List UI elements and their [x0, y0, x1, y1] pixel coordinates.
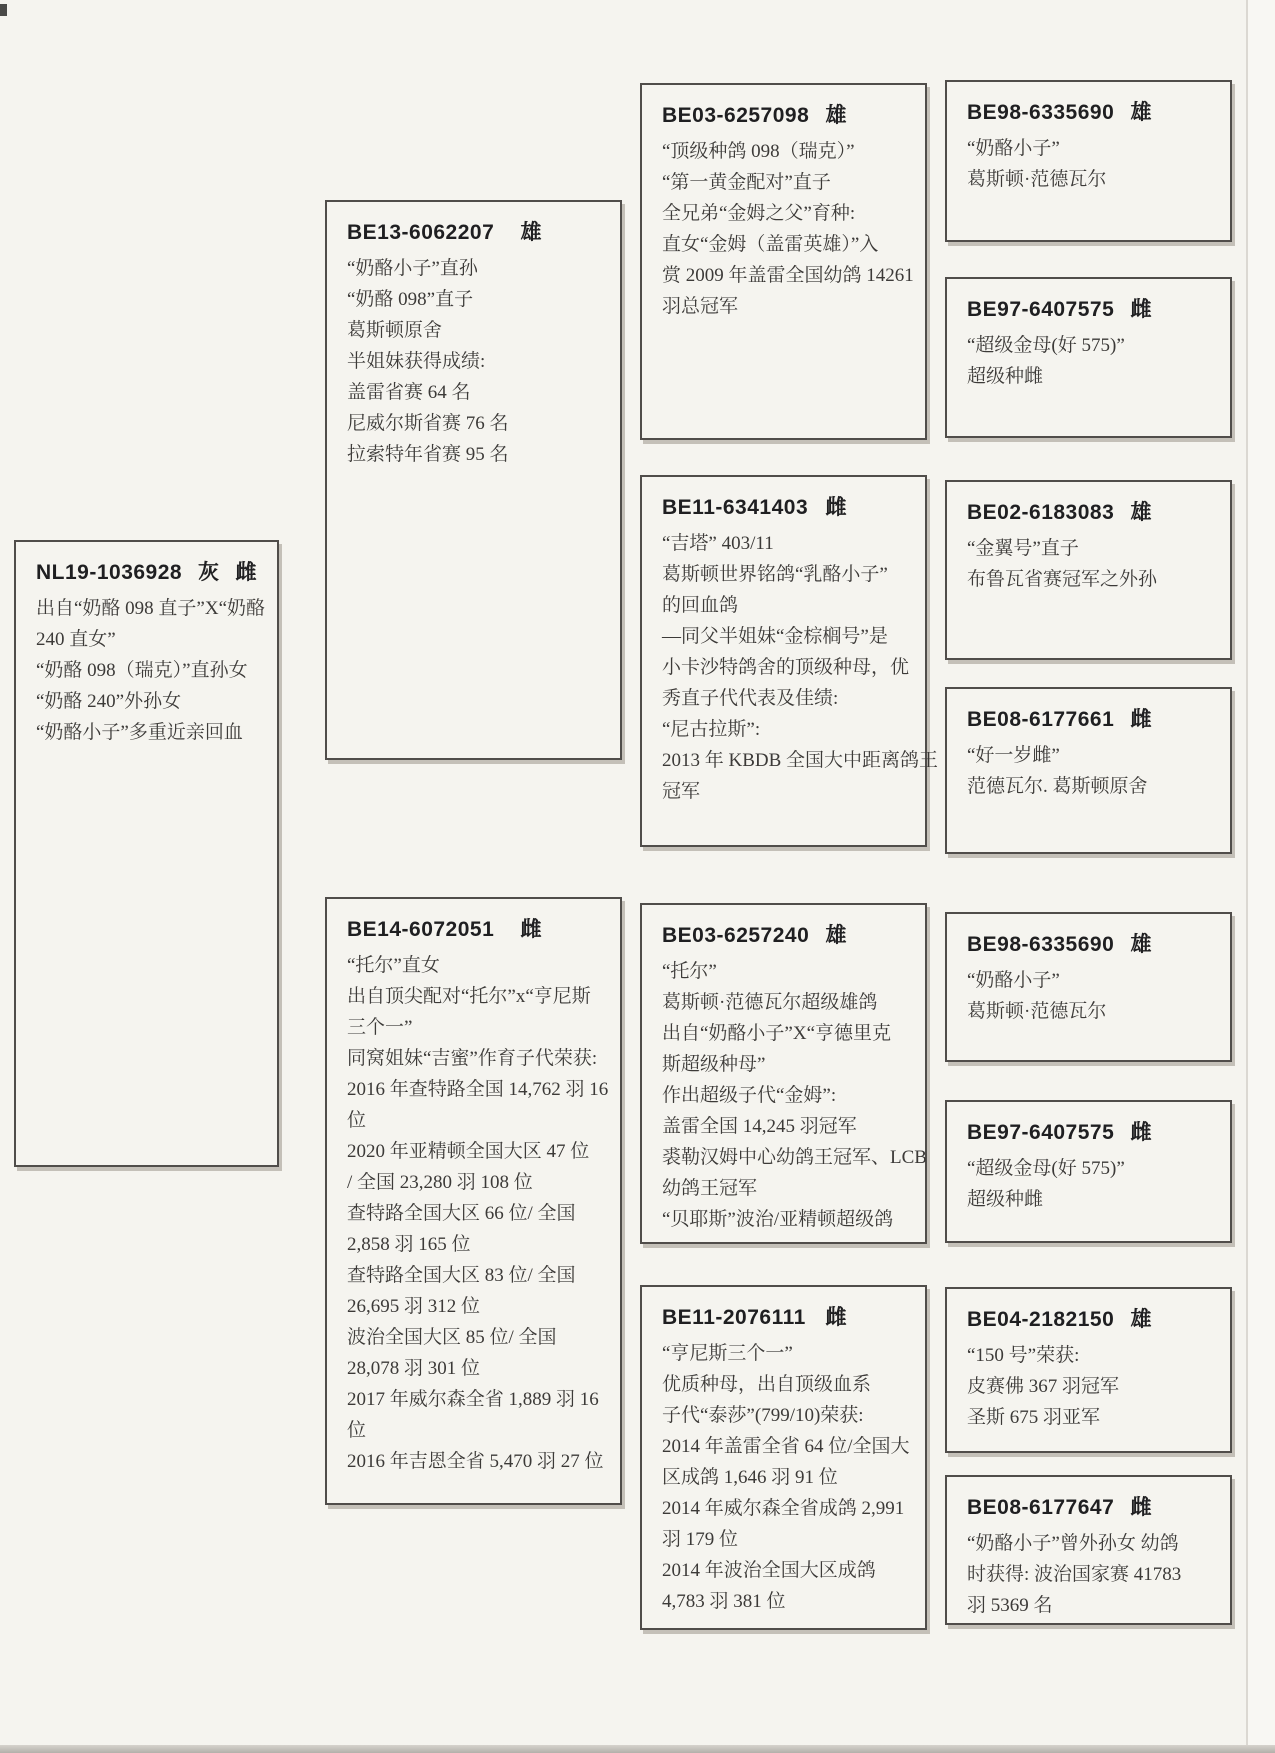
pedigree-box-subject: NL19-1036928 灰 雌 出自“奶酪 098 直子”X“奶酪240 直女…	[14, 540, 279, 1167]
pedigree-line: “第一黄金配对”直子	[662, 167, 911, 198]
pedigree-line: “奶酪小子”直孙	[347, 253, 606, 284]
scan-bottom-edge	[0, 1745, 1275, 1753]
sex-label: 雌	[521, 913, 543, 943]
box-lines: “金翼号”直子布鲁瓦省赛冠军之外孙	[967, 533, 1216, 595]
pedigree-line: 半姐妹获得成绩:	[347, 346, 606, 377]
pedigree-line: “亨尼斯三个一”	[662, 1338, 911, 1369]
pedigree-line: “吉塔” 403/11	[662, 528, 911, 559]
pedigree-line: 范德瓦尔. 葛斯顿原舍	[967, 771, 1216, 802]
pedigree-line: 2017 年威尔森全省 1,889 羽 16	[347, 1384, 606, 1415]
box-title: BE11-6341403 雌	[662, 491, 911, 521]
pedigree-line: 圣斯 675 羽亚军	[967, 1402, 1216, 1433]
pedigree-line: 2016 年查特路全国 14,762 羽 16	[347, 1074, 606, 1105]
pedigree-line: 小卡沙特鸽舍的顶级种母，优	[662, 652, 911, 683]
pedigree-line: 2016 年吉恩全省 5,470 羽 27 位	[347, 1446, 606, 1477]
pedigree-line: 裘勒汉姆中心幼鸽王冠军、LCB	[662, 1142, 911, 1173]
pedigree-box-dam: BE14-6072051 雌 “托尔”直女出自顶尖配对“托尔”x“亨尼斯三个一”…	[325, 897, 622, 1505]
pedigree-line: 斯超级种母”	[662, 1049, 911, 1080]
pedigree-line: 尼威尔斯省赛 76 名	[347, 408, 606, 439]
ring-number: BE02-6183083	[967, 501, 1114, 525]
pedigree-line: 幼鸽王冠军	[662, 1173, 911, 1204]
pedigree-line: “奶酪小子”多重近亲回血	[36, 717, 263, 748]
pedigree-line: 出自“奶酪小子”X“亨德里克	[662, 1018, 911, 1049]
pedigree-line: 全兄弟“金姆之父”育种:	[662, 198, 911, 229]
box-lines: “吉塔” 403/11葛斯顿世界铭鸽“乳酪小子”的回血鸽—同父半姐妹“金棕榈号”…	[662, 528, 911, 807]
box-lines: “150 号”荣获:皮赛佛 367 羽冠军圣斯 675 羽亚军	[967, 1340, 1216, 1433]
sex-label: 雌	[826, 491, 848, 521]
pedigree-line: / 全国 23,280 羽 108 位	[347, 1167, 606, 1198]
pedigree-box-dam-dam: BE11-2076111 雌 “亨尼斯三个一”优质种母，出自顶级血系子代“泰莎”…	[640, 1285, 927, 1630]
pedigree-line: 26,695 羽 312 位	[347, 1291, 606, 1322]
sex-label: 雌	[1131, 1116, 1153, 1146]
pedigree-line: “奶酪 098”直子	[347, 284, 606, 315]
pedigree-line: 2,858 羽 165 位	[347, 1229, 606, 1260]
pedigree-line: 子代“泰莎”(799/10)荣获:	[662, 1400, 911, 1431]
box-lines: “超级金母(好 575)”超级种雌	[967, 330, 1216, 392]
pedigree-line: 超级种雌	[967, 1184, 1216, 1215]
pedigree-box-sire-dam-sire: BE02-6183083 雄 “金翼号”直子布鲁瓦省赛冠军之外孙	[945, 480, 1232, 660]
sex-label: 雌	[1131, 293, 1153, 323]
pedigree-line: 位	[347, 1105, 606, 1136]
sex-label: 雌	[235, 556, 257, 586]
pedigree-line: 2020 年亚精顿全国大区 47 位	[347, 1136, 606, 1167]
sex-label: 雌	[1131, 703, 1153, 733]
color-label: 灰	[198, 556, 220, 586]
paper-right-margin	[1248, 0, 1275, 1753]
pedigree-line: 葛斯顿·范德瓦尔超级雄鸽	[662, 987, 911, 1018]
pedigree-line: “托尔”直女	[347, 950, 606, 981]
pedigree-line: 位	[347, 1415, 606, 1446]
pedigree-line: 240 直女”	[36, 624, 263, 655]
ring-number: BE11-6341403	[662, 496, 808, 520]
ring-number: BE04-2182150	[967, 1308, 1114, 1332]
box-lines: “奶酪小子”直孙“奶酪 098”直子葛斯顿原舍半姐妹获得成绩:盖雷省赛 64 名…	[347, 253, 606, 470]
ring-number: BE97-6407575	[967, 1121, 1114, 1145]
pedigree-page: NL19-1036928 灰 雌 出自“奶酪 098 直子”X“奶酪240 直女…	[0, 0, 1275, 1753]
box-lines: “好一岁雌”范德瓦尔. 葛斯顿原舍	[967, 740, 1216, 802]
box-lines: “奶酪小子”葛斯顿·范德瓦尔	[967, 133, 1216, 195]
ring-number: BE14-6072051	[347, 918, 494, 942]
pedigree-line: 葛斯顿·范德瓦尔	[967, 996, 1216, 1027]
box-lines: “亨尼斯三个一”优质种母，出自顶级血系子代“泰莎”(799/10)荣获:2014…	[662, 1338, 911, 1617]
pedigree-line: “尼古拉斯”:	[662, 714, 911, 745]
pedigree-line: “贝耶斯”波治/亚精顿超级鸽	[662, 1204, 911, 1235]
pedigree-line: 超级种雌	[967, 361, 1216, 392]
box-title: NL19-1036928 灰 雌	[36, 556, 263, 586]
pedigree-line: 的回血鸽	[662, 590, 911, 621]
pedigree-line: 2014 年威尔森全省成鸽 2,991	[662, 1493, 911, 1524]
pedigree-line: 羽 5369 名	[967, 1590, 1216, 1621]
box-title: BE97-6407575 雌	[967, 293, 1216, 323]
ring-number: BE13-6062207	[347, 221, 494, 245]
pedigree-line: 盖雷省赛 64 名	[347, 377, 606, 408]
pedigree-line: 4,783 羽 381 位	[662, 1586, 911, 1617]
sex-label: 雄	[1131, 928, 1153, 958]
pedigree-box-dam-sire: BE03-6257240 雄 “托尔”葛斯顿·范德瓦尔超级雄鸽出自“奶酪小子”X…	[640, 903, 927, 1244]
pedigree-line: 冠军	[662, 776, 911, 807]
pedigree-line: 区成鸽 1,646 羽 91 位	[662, 1462, 911, 1493]
pedigree-box-sire-sire-dam: BE97-6407575 雌 “超级金母(好 575)”超级种雌	[945, 277, 1232, 438]
pedigree-line: 葛斯顿·范德瓦尔	[967, 164, 1216, 195]
box-lines: “顶级种鸽 098（瑞克）”“第一黄金配对”直子全兄弟“金姆之父”育种:直女“金…	[662, 136, 911, 322]
pedigree-line: 波治全国大区 85 位/ 全国	[347, 1322, 606, 1353]
pedigree-line: 时获得: 波治国家赛 41783	[967, 1559, 1216, 1590]
pedigree-box-dam-dam-dam: BE08-6177647 雌 “奶酪小子”曾外孙女 幼鸽时获得: 波治国家赛 4…	[945, 1475, 1232, 1625]
ring-number: BE03-6257098	[662, 104, 809, 128]
ring-number: BE98-6335690	[967, 101, 1114, 125]
pedigree-line: “奶酪小子”	[967, 965, 1216, 996]
ring-number: BE11-2076111	[662, 1306, 806, 1330]
pedigree-line: 三个一”	[347, 1012, 606, 1043]
sex-label: 雌	[826, 1301, 848, 1331]
pedigree-line: 葛斯顿原舍	[347, 315, 606, 346]
pedigree-line: “奶酪小子”曾外孙女 幼鸽	[967, 1528, 1216, 1559]
pedigree-line: 羽 179 位	[662, 1524, 911, 1555]
pedigree-line: 作出超级子代“金姆”:	[662, 1080, 911, 1111]
box-title: BE98-6335690 雄	[967, 96, 1216, 126]
box-title: BE02-6183083 雄	[967, 496, 1216, 526]
pedigree-line: “超级金母(好 575)”	[967, 330, 1216, 361]
pedigree-line: “奶酪小子”	[967, 133, 1216, 164]
ring-number: NL19-1036928	[36, 561, 182, 585]
box-lines: “托尔”直女出自顶尖配对“托尔”x“亨尼斯三个一”同窝姐妹“吉蜜”作育子代荣获:…	[347, 950, 606, 1477]
pedigree-line: 盖雷全国 14,245 羽冠军	[662, 1111, 911, 1142]
box-title: BE08-6177661 雌	[967, 703, 1216, 733]
box-title: BE97-6407575 雌	[967, 1116, 1216, 1146]
pedigree-line: “奶酪 098（瑞克）”直孙女	[36, 655, 263, 686]
pedigree-line: “顶级种鸽 098（瑞克）”	[662, 136, 911, 167]
ring-number: BE97-6407575	[967, 298, 1114, 322]
sex-label: 雄	[826, 99, 848, 129]
pedigree-line: 出自顶尖配对“托尔”x“亨尼斯	[347, 981, 606, 1012]
box-title: BE03-6257240 雄	[662, 919, 911, 949]
pedigree-line: 优质种母，出自顶级血系	[662, 1369, 911, 1400]
ring-number: BE08-6177647	[967, 1496, 1114, 1520]
sex-label: 雄	[1131, 96, 1153, 126]
box-title: BE08-6177647 雌	[967, 1491, 1216, 1521]
pedigree-line: 2014 年波治全国大区成鸽	[662, 1555, 911, 1586]
pedigree-line: 2013 年 KBDB 全国大中距离鸽王	[662, 745, 911, 776]
ring-number: BE03-6257240	[662, 924, 809, 948]
box-lines: “超级金母(好 575)”超级种雌	[967, 1153, 1216, 1215]
box-title: BE98-6335690 雄	[967, 928, 1216, 958]
pedigree-line: 2014 年盖雷全省 64 位/全国大	[662, 1431, 911, 1462]
sex-label: 雄	[1131, 496, 1153, 526]
box-title: BE14-6072051 雌	[347, 913, 606, 943]
sex-label: 雄	[1131, 1303, 1153, 1333]
pedigree-line: 出自“奶酪 098 直子”X“奶酪	[36, 593, 263, 624]
pedigree-line: 拉索特年省赛 95 名	[347, 439, 606, 470]
pedigree-line: 查特路全国大区 83 位/ 全国	[347, 1260, 606, 1291]
pedigree-line: 同窝姐妹“吉蜜”作育子代荣获:	[347, 1043, 606, 1074]
paper-edge-line	[1246, 0, 1248, 1753]
pedigree-box-sire-sire-sire: BE98-6335690 雄 “奶酪小子”葛斯顿·范德瓦尔	[945, 80, 1232, 242]
pedigree-line: “150 号”荣获:	[967, 1340, 1216, 1371]
pedigree-box-dam-dam-sire: BE04-2182150 雄 “150 号”荣获:皮赛佛 367 羽冠军圣斯 6…	[945, 1287, 1232, 1453]
pedigree-line: “奶酪 240”外孙女	[36, 686, 263, 717]
pedigree-line: “超级金母(好 575)”	[967, 1153, 1216, 1184]
box-lines: “托尔”葛斯顿·范德瓦尔超级雄鸽出自“奶酪小子”X“亨德里克斯超级种母”作出超级…	[662, 956, 911, 1235]
ring-number: BE98-6335690	[967, 933, 1114, 957]
sex-label: 雄	[521, 216, 543, 246]
pedigree-box-sire-dam-dam: BE08-6177661 雌 “好一岁雌”范德瓦尔. 葛斯顿原舍	[945, 687, 1232, 854]
box-title: BE13-6062207 雄	[347, 216, 606, 246]
pedigree-box-dam-sire-dam: BE97-6407575 雌 “超级金母(好 575)”超级种雌	[945, 1100, 1232, 1243]
pedigree-line: “托尔”	[662, 956, 911, 987]
pedigree-line: “金翼号”直子	[967, 533, 1216, 564]
pedigree-line: 直女“金姆（盖雷英雄）”入	[662, 229, 911, 260]
pedigree-box-sire-sire: BE03-6257098 雄 “顶级种鸽 098（瑞克）”“第一黄金配对”直子全…	[640, 83, 927, 440]
box-lines: “奶酪小子”葛斯顿·范德瓦尔	[967, 965, 1216, 1027]
ring-number: BE08-6177661	[967, 708, 1114, 732]
pedigree-line: 赏 2009 年盖雷全国幼鸽 14261	[662, 260, 911, 291]
pedigree-line: 秀直子代代表及佳绩:	[662, 683, 911, 714]
box-title: BE03-6257098 雄	[662, 99, 911, 129]
pedigree-line: 皮赛佛 367 羽冠军	[967, 1371, 1216, 1402]
pedigree-line: “好一岁雌”	[967, 740, 1216, 771]
pedigree-line: 葛斯顿世界铭鸽“乳酪小子”	[662, 559, 911, 590]
box-lines: “奶酪小子”曾外孙女 幼鸽时获得: 波治国家赛 41783羽 5369 名	[967, 1528, 1216, 1621]
pedigree-box-sire-dam: BE11-6341403 雌 “吉塔” 403/11葛斯顿世界铭鸽“乳酪小子”的…	[640, 475, 927, 847]
box-title: BE04-2182150 雄	[967, 1303, 1216, 1333]
sex-label: 雌	[1131, 1491, 1153, 1521]
sex-label: 雄	[826, 919, 848, 949]
box-title: BE11-2076111 雌	[662, 1301, 911, 1331]
pedigree-box-sire: BE13-6062207 雄 “奶酪小子”直孙“奶酪 098”直子葛斯顿原舍半姐…	[325, 200, 622, 760]
pedigree-line: 羽总冠军	[662, 291, 911, 322]
pedigree-box-dam-sire-sire: BE98-6335690 雄 “奶酪小子”葛斯顿·范德瓦尔	[945, 912, 1232, 1062]
box-lines: 出自“奶酪 098 直子”X“奶酪240 直女”“奶酪 098（瑞克）”直孙女“…	[36, 593, 263, 748]
pedigree-line: 布鲁瓦省赛冠军之外孙	[967, 564, 1216, 595]
scan-corner-speck	[0, 4, 7, 16]
pedigree-line: 28,078 羽 301 位	[347, 1353, 606, 1384]
pedigree-line: 查特路全国大区 66 位/ 全国	[347, 1198, 606, 1229]
pedigree-line: —同父半姐妹“金棕榈号”是	[662, 621, 911, 652]
